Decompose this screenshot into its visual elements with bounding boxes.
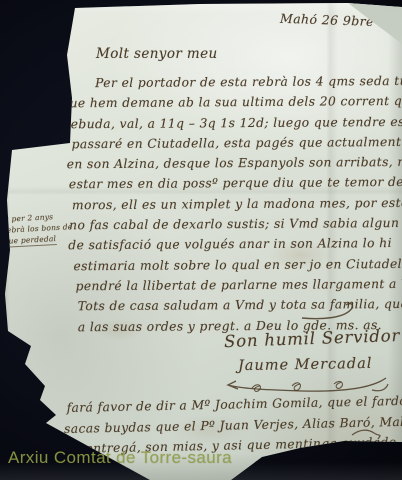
body-line: moros, ell es un ximplet y la madona mes…	[72, 192, 402, 215]
margin-note: ✝ per 2 anys rebrà los bons de que perde…	[2, 210, 73, 248]
letter-paper: Mahó 26 9bre 1791 Molt senyor meu Per el…	[0, 0, 402, 480]
margin-note-line: que perdedal	[3, 233, 56, 248]
body-line: estimaria molt sobre lo qual en ser jo e…	[73, 253, 402, 276]
signature-name: Jaume Mercadal	[238, 356, 373, 374]
body-line: pendré la llibertat de parlarne mes llar…	[76, 274, 402, 297]
photo-background: Mahó 26 9bre 1791 Molt senyor meu Per el…	[0, 0, 402, 480]
body-line: en son Alzina, desque los Espanyols son …	[67, 152, 402, 175]
body-line: rebuda, val, a 11q – 3q 1s 12d; luego qu…	[64, 111, 402, 134]
letter-body: Per el portador de esta rebrà los 4 qms …	[59, 71, 402, 338]
body-line: estar mes en dia possº perque diu que te…	[69, 172, 402, 195]
body-line: no fas cabal de dexarlo sustis; si Vmd s…	[69, 213, 402, 236]
date-line: Mahó 26 9bre 1791	[280, 11, 402, 31]
body-line: Tots de casa saludam a Vmd y tota sa fam…	[78, 294, 402, 317]
body-line: Per el portador de esta rebrà los 4 qms …	[95, 71, 402, 94]
body-line: de satisfació que volgués anar in son Al…	[68, 233, 402, 256]
archive-watermark: Arxiu Comtat de Torre-saura	[8, 448, 232, 468]
body-line: passaré en Ciutadella, esta pagés que ac…	[72, 132, 402, 155]
salutation: Molt senyor meu	[96, 46, 218, 62]
body-line: que hem demane ab la sua ultima dels 20 …	[61, 91, 402, 114]
